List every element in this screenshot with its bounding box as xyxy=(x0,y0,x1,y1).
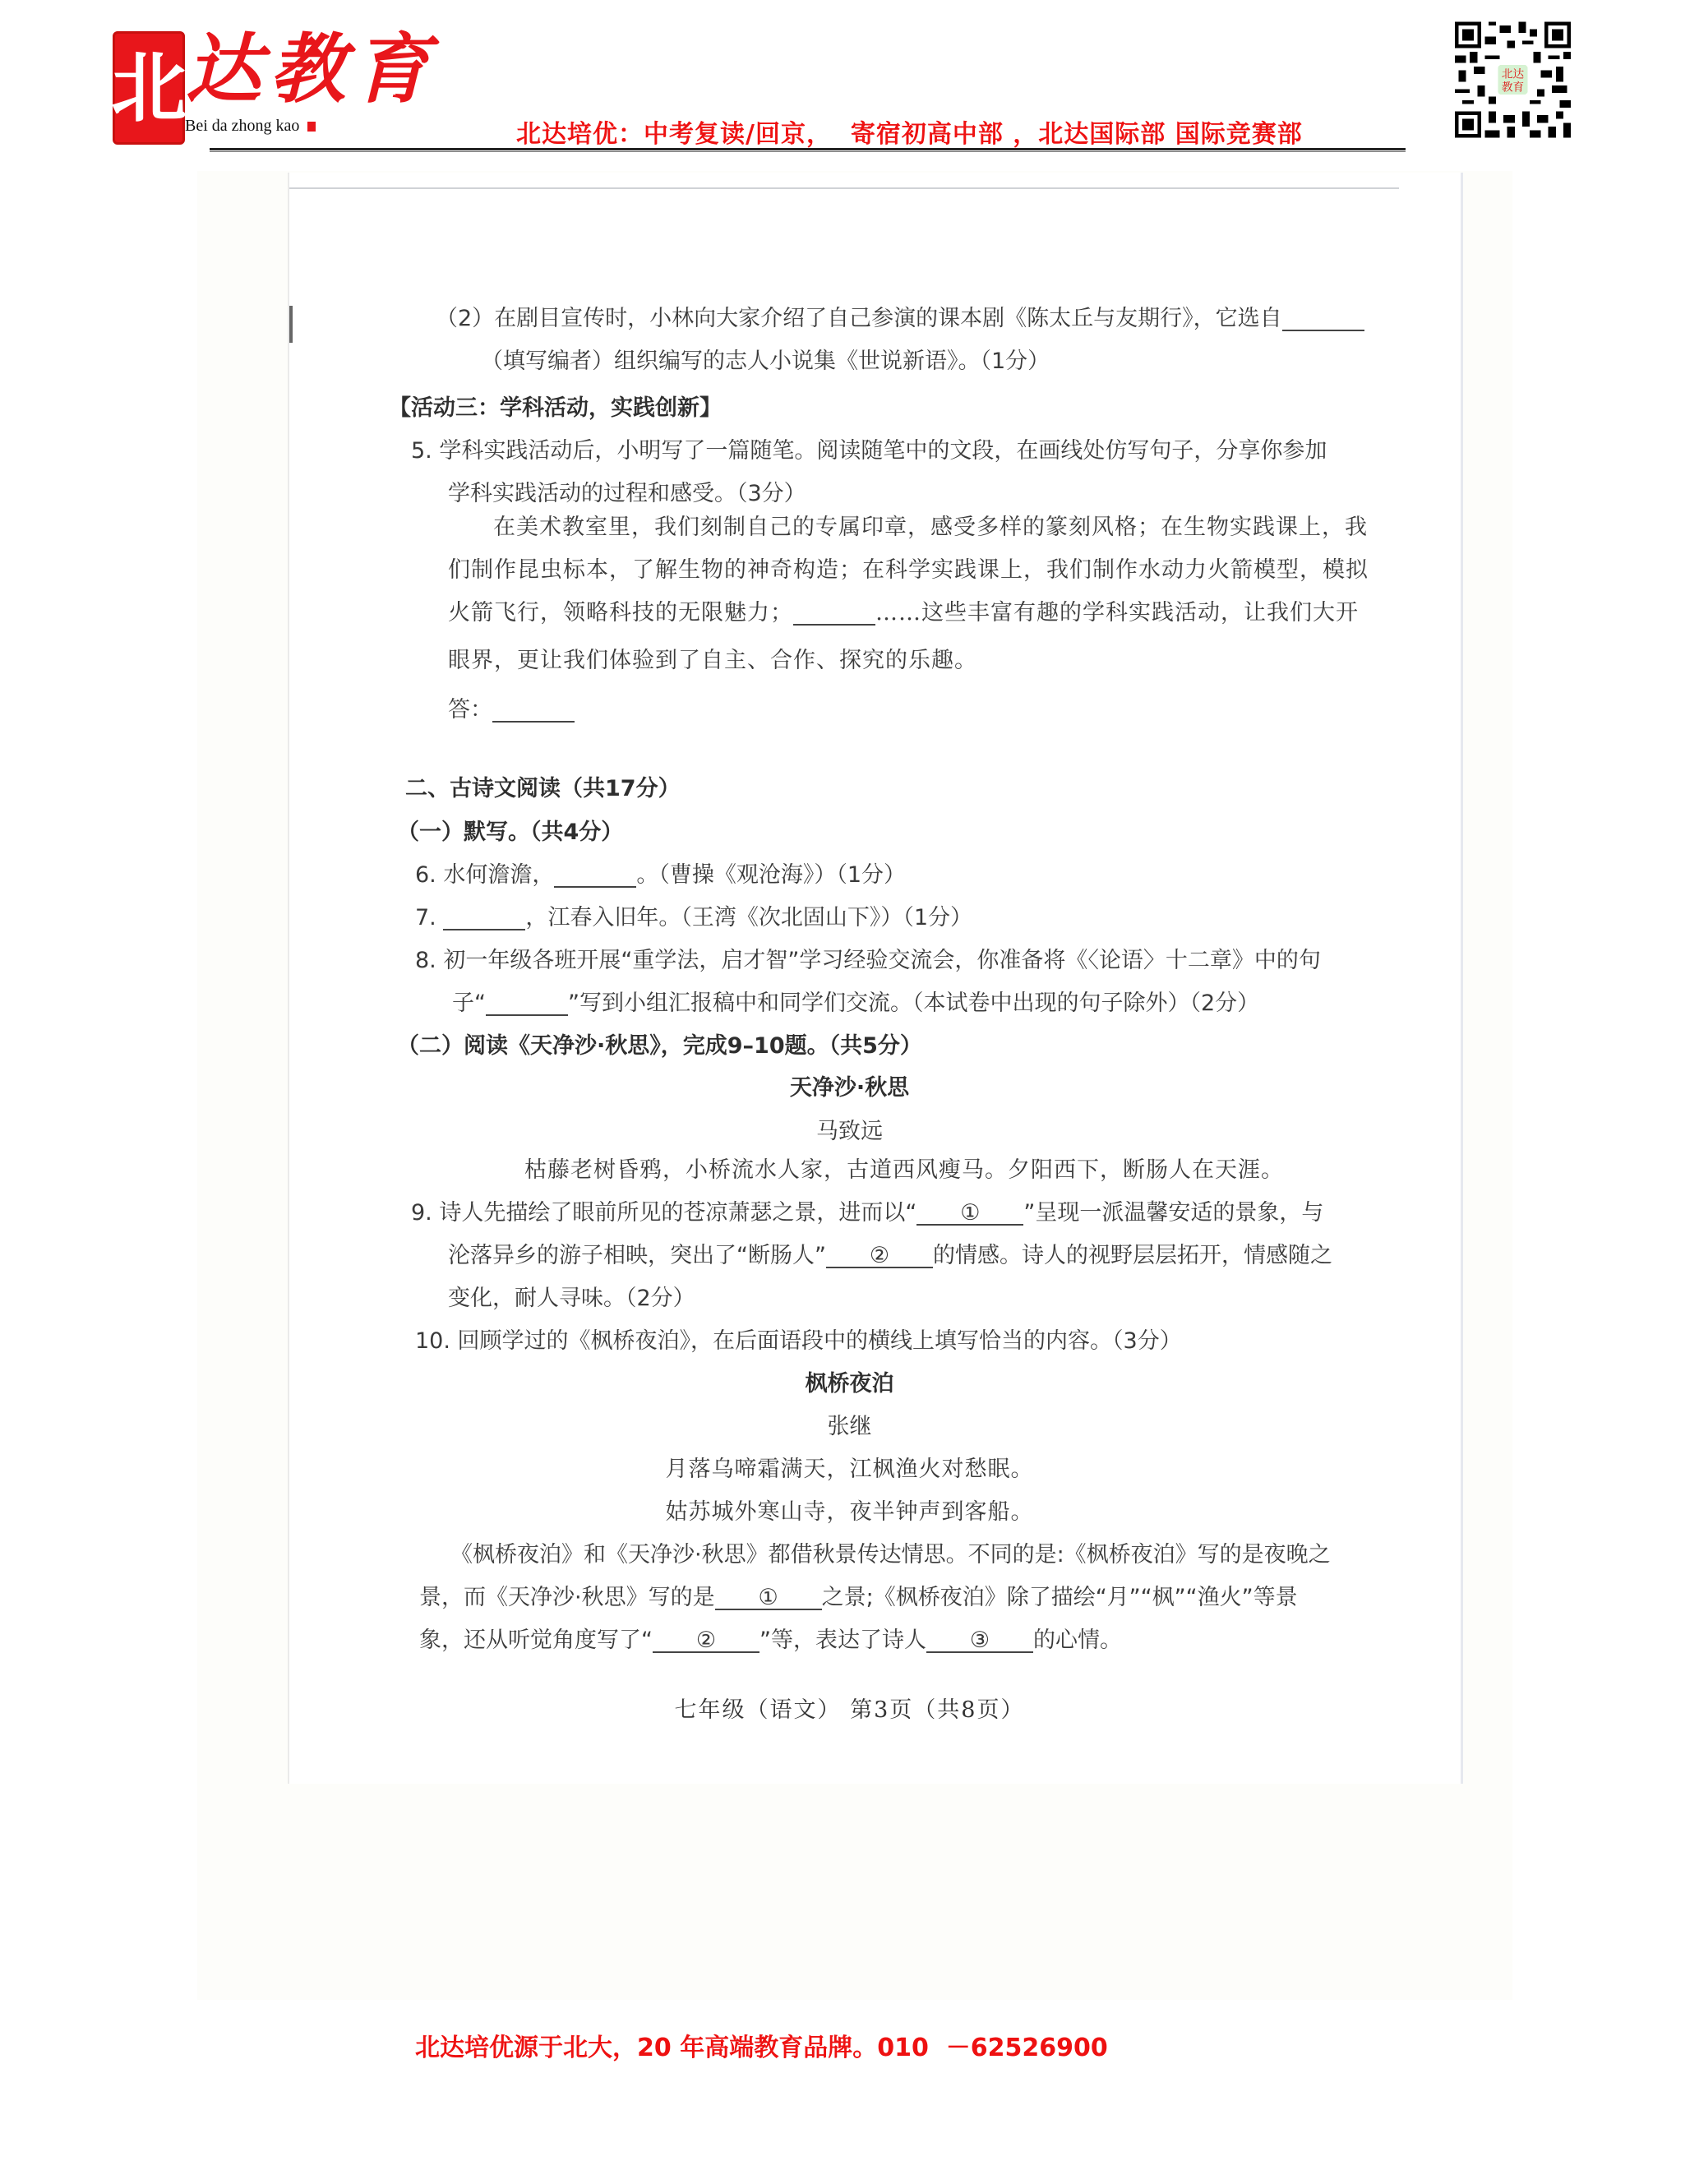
qr-code-icon: 北达 教育 xyxy=(1449,18,1577,141)
q9-blank-2[interactable]: ② xyxy=(826,1244,933,1268)
q4-2-line2: （填写编者）组织编写的志人小说集《世说新语》。（1分） xyxy=(481,350,1050,372)
poem2-author: 张继 xyxy=(0,1415,1699,1438)
logo-mark: 北 xyxy=(113,31,185,145)
logo-name: 达教育 xyxy=(186,28,437,111)
q4-2-line1: （2）在剧目宣传时，小林向大家介绍了自己参演的课本剧《陈太丘与友期行》，它选自 xyxy=(436,307,1364,331)
poem2-title: 枫桥夜泊 xyxy=(0,1373,1699,1395)
q6-line: 6. 水何澹澹， 。（曹操《观沧海》）（1分） xyxy=(415,864,906,888)
q7-line: 7. ，江春入旧年。（王湾《次北固山下》）（1分） xyxy=(415,907,972,930)
q8-line2: 子“ ”写到小组汇报稿中和同学们交流。（本试卷中出现的句子除外）（2分） xyxy=(452,992,1259,1016)
scan-top-edge xyxy=(289,187,1399,189)
q5-passage-line3: 火箭飞行，领略科技的无限魅力； ……这些丰富有趣的学科实践活动，让我们大开 xyxy=(448,602,1359,626)
poem1-author: 马致远 xyxy=(0,1120,1699,1143)
header-slogan: 北达培优：中考复读/回京， 寄宿初高中部 ，北达国际部 国际竞赛部 xyxy=(516,113,1303,150)
q5-passage-line2: 们制作昆虫标本，了解生物的神奇构造；在科学实践课上，我们制作水动力火箭模型，模拟 xyxy=(448,559,1369,581)
q10-line1: 10. 回顾学过的《枫桥夜泊》，在后面语段中的横线上填写恰当的内容。（3分） xyxy=(415,1330,1182,1352)
logo-subtitle-text: Bei da zhong kao xyxy=(185,117,299,135)
q5-line1: 5. 学科实践活动后，小明写了一篇随笔。阅读随笔中的文段，在画线处仿写句子，分享… xyxy=(411,440,1327,462)
q9-line2: 沦落异乡的游子相映，突出了“断肠人”②的情感。诗人的视野层层拓开，情感随之 xyxy=(448,1244,1332,1268)
footer-advertisement: 北达培优源于北大，20 年高端教育品牌。010 －62526900 xyxy=(0,2027,1052,2063)
part1-heading: （一）默写。（共4分） xyxy=(397,821,623,843)
q5-line2: 学科实践活动的过程和感受。（3分） xyxy=(448,483,806,505)
q8-blank[interactable] xyxy=(486,992,568,1016)
poem1-text: 枯藤老树昏鸦，小桥流水人家，古道西风瘦马。夕阳西下，断肠人在天涯。 xyxy=(524,1159,1284,1181)
svg-text:教育: 教育 xyxy=(1502,81,1524,95)
q10-blank-1[interactable]: ① xyxy=(715,1586,822,1610)
q6-blank[interactable] xyxy=(554,864,636,888)
q10-blank-2[interactable]: ② xyxy=(653,1629,759,1653)
q10-para-line1: 《枫桥夜泊》和《天净沙·秋思》都借秋景传达情思。不同的是:《枫桥夜泊》写的是夜晚… xyxy=(450,1544,1331,1566)
red-square-icon xyxy=(307,122,316,132)
q10-para-line2: 景，而《天净沙·秋思》写的是①之景;《枫桥夜泊》除了描绘“月”“枫”“渔火”等景 xyxy=(419,1586,1298,1610)
q7-blank[interactable] xyxy=(443,907,525,930)
q8-line1: 8. 初一年级各班开展“重学法，启才智”学习经验交流会，你准备将《〈论语〉十二章… xyxy=(415,949,1321,972)
header-divider xyxy=(210,148,1406,150)
q5-passage-line1: 在美术教室里，我们刻制自己的专属印章，感受多样的篆刻风格；在生物实践课上，我 xyxy=(493,516,1368,538)
exam-page-number: 七年级（语文） 第3页（共8页） xyxy=(0,1692,1699,1724)
activity3-heading: 【活动三：学科活动，实践创新】 xyxy=(389,397,722,419)
logo-subtitle: Bei da zhong kao xyxy=(185,117,316,136)
q5-answer-blank[interactable] xyxy=(492,699,575,723)
q9-blank-1[interactable]: ① xyxy=(916,1202,1023,1226)
poem2-line2: 姑苏城外寒山寺，夜半钟声到客船。 xyxy=(0,1501,1699,1523)
poem2-line1: 月落乌啼霜满天，江枫渔火对愁眠。 xyxy=(0,1458,1699,1480)
svg-text:北达: 北达 xyxy=(1502,67,1525,81)
q10-para-line3: 象，还从听觉角度写了“②”等，表达了诗人③的心情。 xyxy=(419,1629,1122,1653)
header-divider-thin xyxy=(210,151,1406,152)
q9-line1: 9. 诗人先描绘了眼前所见的苍凉萧瑟之景，进而以“①”呈现一派温馨安适的景象，与 xyxy=(411,1202,1323,1226)
q10-blank-3[interactable]: ③ xyxy=(926,1629,1033,1653)
part2-heading: （二）阅读《天净沙·秋思》，完成9–10题。（共5分） xyxy=(397,1035,922,1057)
q5-answer-line: 答： xyxy=(448,699,575,723)
scan-margin-mark xyxy=(289,306,293,343)
q4-2-blank[interactable] xyxy=(1282,307,1364,331)
q5-passage-line4: 眼界，更让我们体验到了自主、合作、探究的乐趣。 xyxy=(448,649,977,672)
section2-heading: 二、古诗文阅读（共17分） xyxy=(405,778,681,800)
poem1-title: 天净沙·秋思 xyxy=(0,1077,1699,1099)
q9-line3: 变化，耐人寻味。（2分） xyxy=(448,1287,695,1309)
q5-imitation-blank[interactable] xyxy=(793,602,875,626)
logo-char: 北 xyxy=(111,50,187,126)
